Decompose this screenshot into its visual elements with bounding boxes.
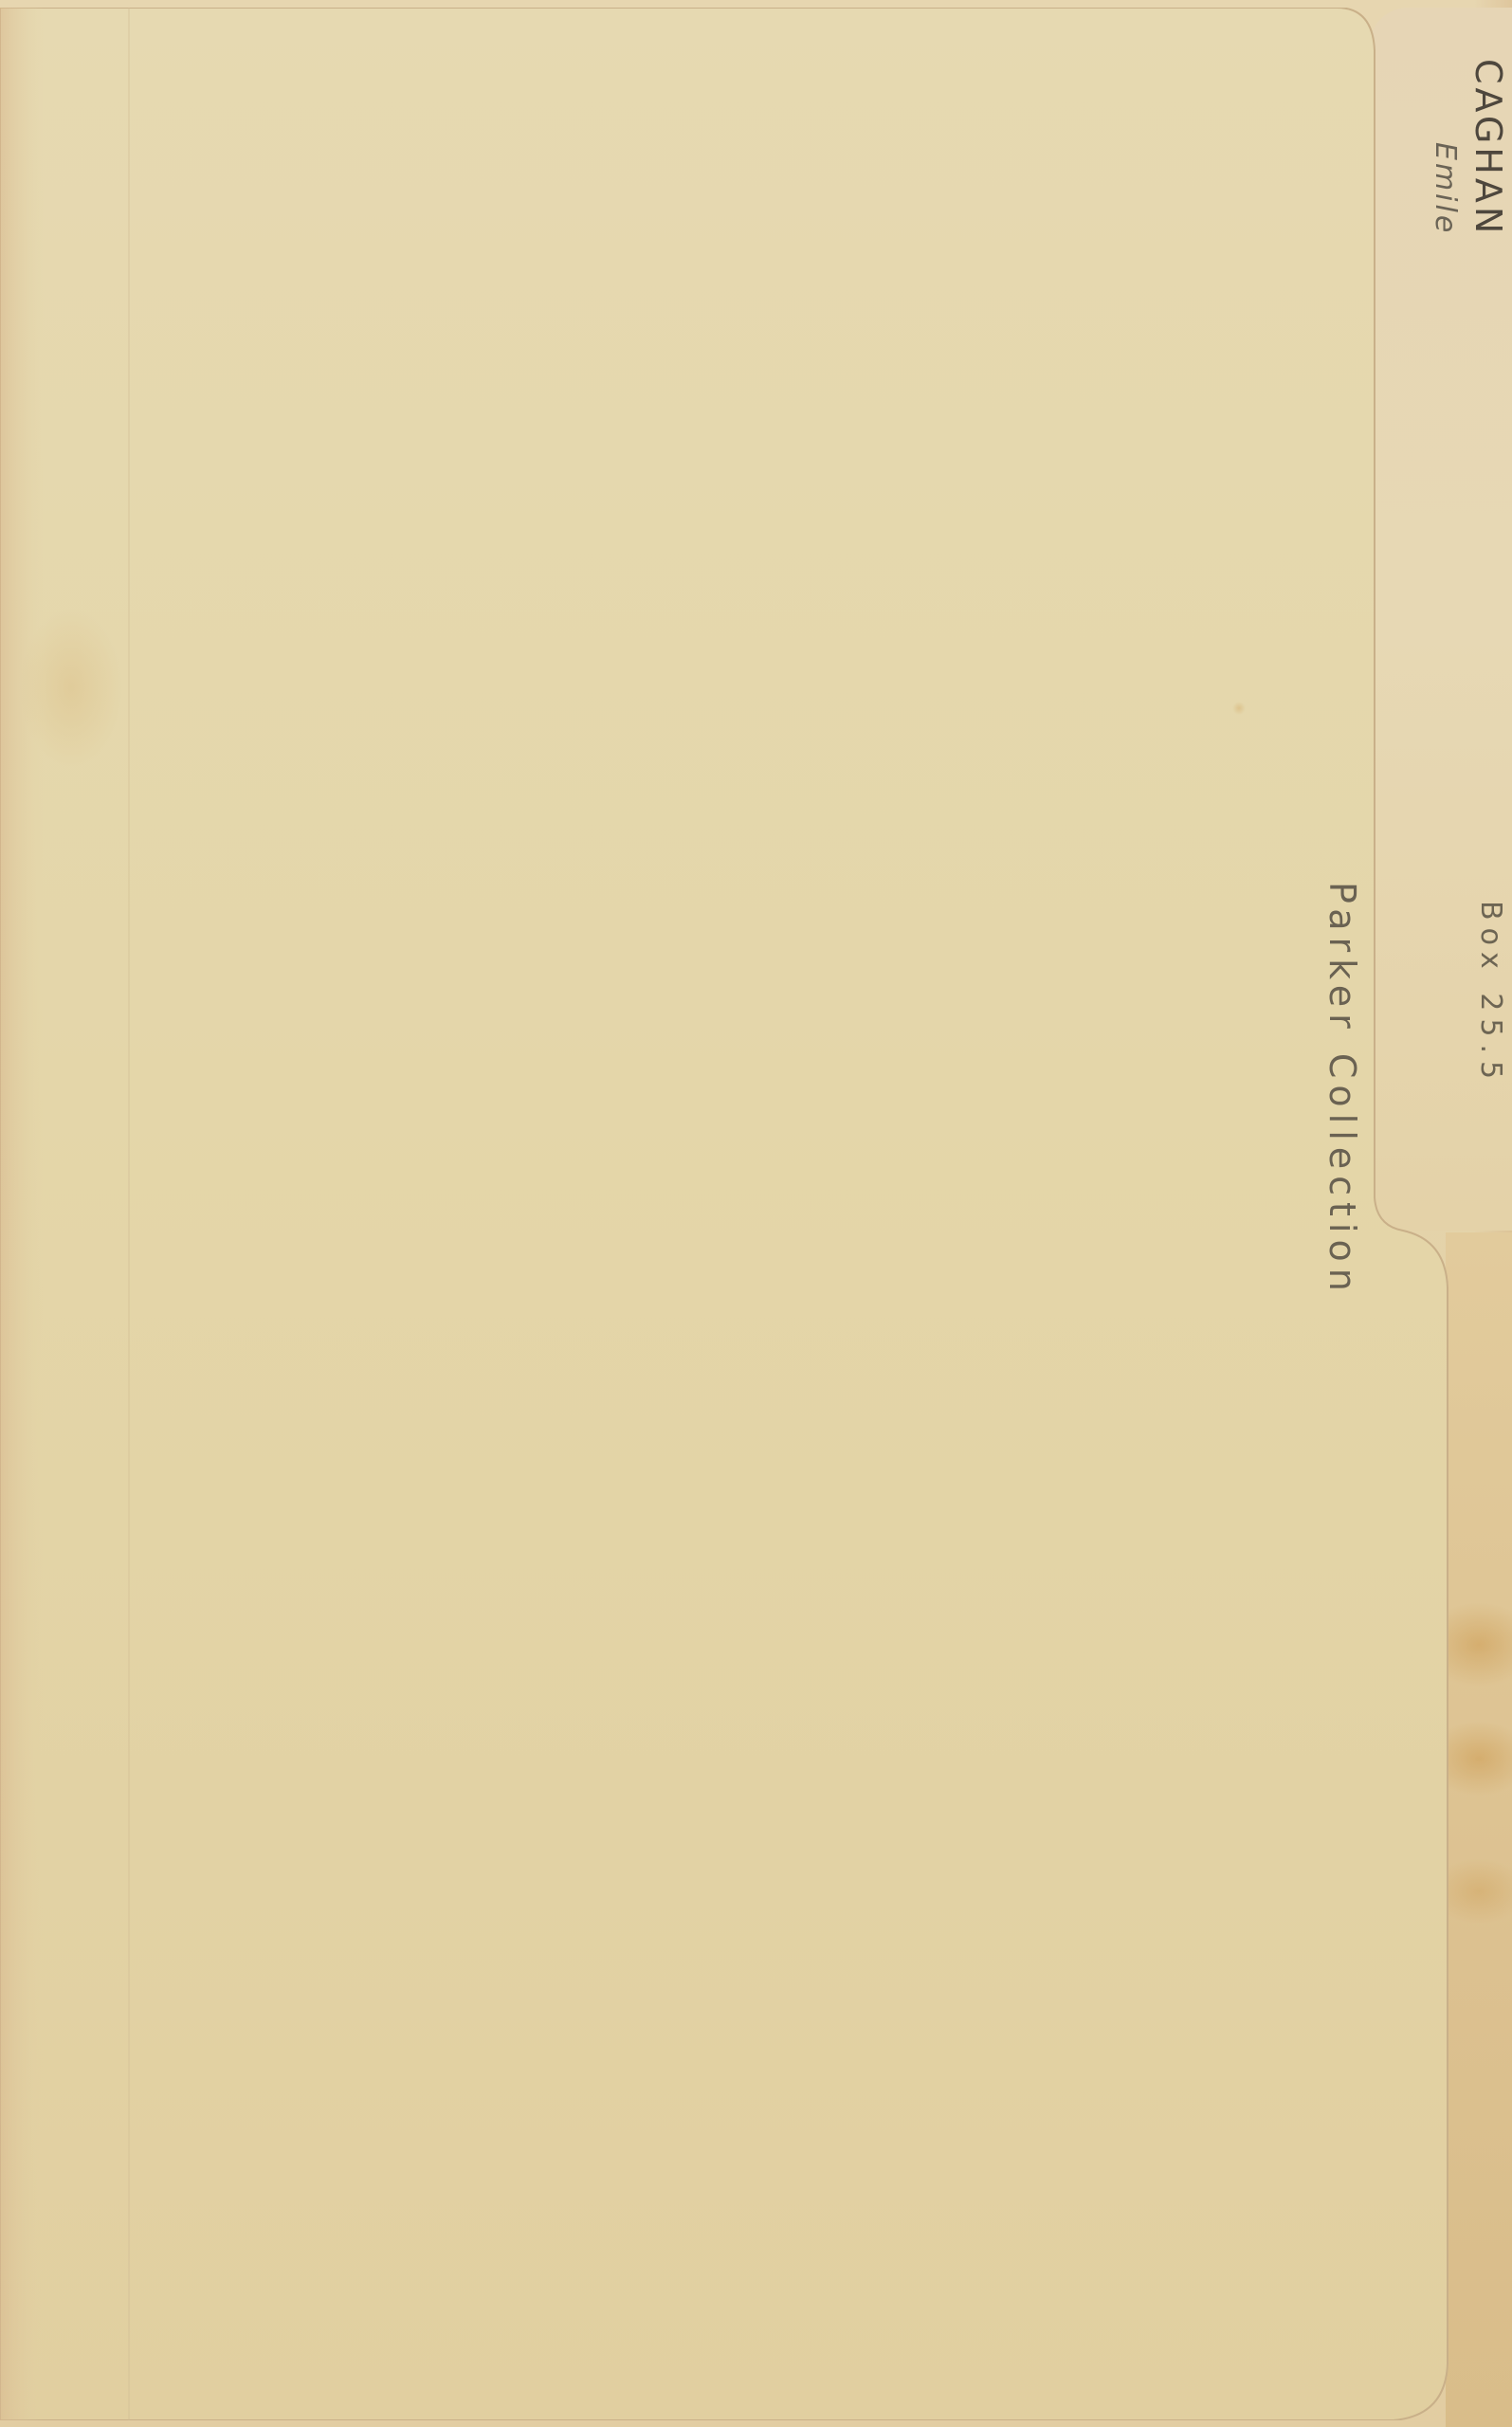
folder-photo: CAGHAN Emile Box 25.5 Parker Collection <box>0 0 1512 2427</box>
front-folder-page <box>0 8 1450 2420</box>
collection-label: Parker Collection <box>1321 882 1363 1298</box>
stain <box>1232 702 1246 715</box>
box-label: Box 25.5 <box>1474 901 1507 1086</box>
surname-label: CAGHAN <box>1467 59 1509 237</box>
stain <box>19 607 123 768</box>
given-name-label: Emile <box>1429 142 1462 235</box>
back-folder-edge <box>1446 1232 1512 2427</box>
front-folder-shape <box>0 8 1450 2420</box>
folder-crease <box>128 8 130 2420</box>
